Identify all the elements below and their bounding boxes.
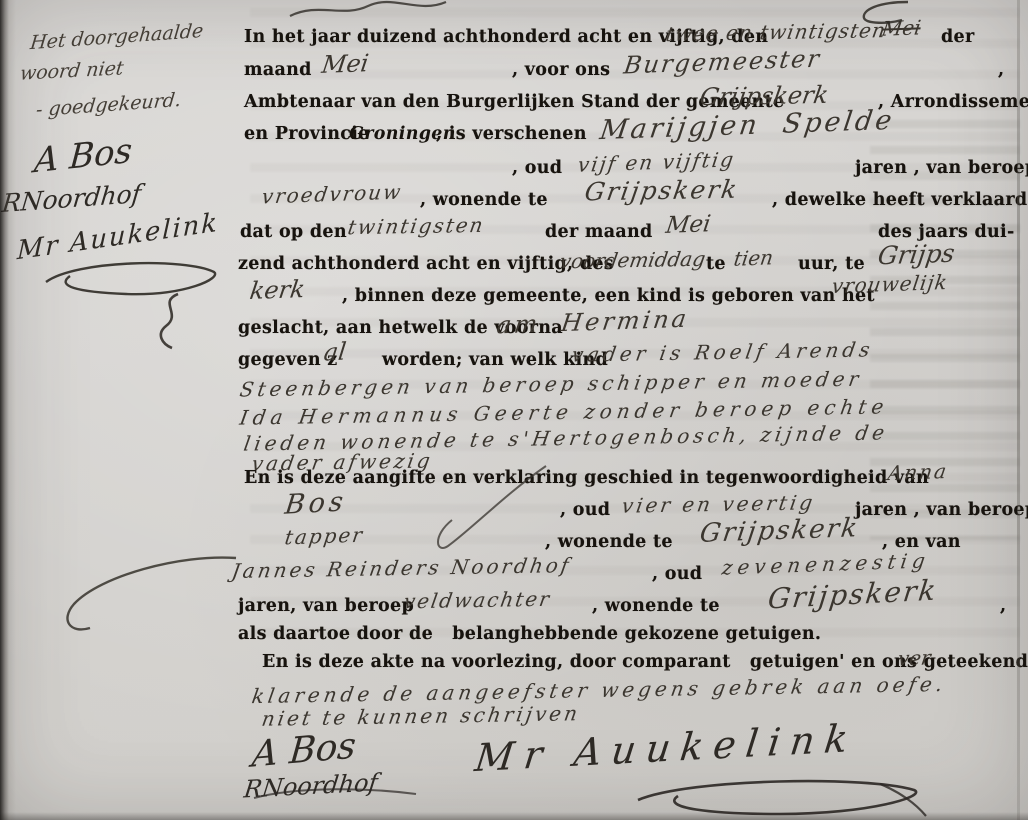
printed-form-text: , oud	[652, 564, 702, 584]
handwritten-entry: veldwachter	[402, 587, 553, 614]
printed-form-text: , wonende te	[545, 532, 673, 552]
signature: RNoordhof	[1, 179, 143, 218]
handwritten-entry: Mei	[664, 211, 712, 239]
handwritten-entry: tapper	[283, 523, 365, 550]
printed-form-text: der maand	[545, 222, 653, 242]
printed-form-text: , binnen deze gemeente, een kind is gebo…	[342, 286, 875, 306]
printed-form-text: der	[941, 27, 975, 47]
printed-form-text: , voor ons	[512, 60, 610, 80]
scan-right-fold-line	[1017, 0, 1020, 820]
handwritten-entry: vier en veertig	[620, 490, 817, 517]
printed-form-text: ,	[1000, 596, 1006, 616]
handwritten-entry: Grijpskerk	[583, 175, 741, 207]
printed-form-text: , dewelke heeft verklaard ,	[772, 190, 1028, 210]
scanned-birth-record: { "meta": { "document_type": "Geboorteak…	[0, 0, 1028, 820]
handwritten-entry: Mei	[320, 49, 370, 79]
printed-form-text: dat op den	[240, 222, 347, 242]
handwritten-entry: am Hermina	[495, 305, 691, 340]
handwritten-entry: vroedvrouw	[260, 179, 404, 208]
printed-form-text: , Arrondissement	[878, 92, 1028, 112]
handwritten-entry: voordemiddag	[558, 247, 707, 274]
printed-form-text: , is verschenen	[436, 124, 587, 144]
act-text-layer: Het doorgehaaldewoord niet- goedgekeurd.…	[0, 0, 1028, 820]
handwritten-entry: klarende de aangeefster wegens gebrek aa…	[250, 672, 948, 708]
handwritten-entry: niet te kunnen schrijven	[260, 701, 582, 731]
handwritten-entry: vader is Roelf Arends	[570, 337, 875, 366]
printed-form-text: En is deze aangifte en verklaring geschi…	[244, 468, 929, 488]
margin-note-line: Het doorgehaalde	[29, 20, 204, 54]
scan-left-edge	[0, 0, 16, 820]
handwritten-entry: kerk	[248, 275, 307, 305]
handwritten-entry: Grijps	[876, 239, 957, 271]
signature: A Bos	[250, 725, 357, 776]
printed-form-text: als daartoe door de belanghebbende gekoz…	[238, 624, 821, 644]
printed-form-text: , wonende te	[592, 596, 720, 616]
handwritten-entry-struck: Mei	[880, 15, 922, 40]
handwritten-entry: Bos	[283, 486, 349, 520]
printed-form-text: , oud	[560, 500, 610, 520]
handwritten-entry: vijf en vijftig	[576, 147, 737, 177]
printed-form-text: jaren, van beroep	[238, 596, 414, 616]
handwritten-entry: Grijpskerk	[698, 513, 861, 549]
printed-form-text: te	[706, 254, 726, 274]
signature: Mr Auukelink	[16, 208, 219, 267]
handwritten-entry: Jannes Reinders Noordhof	[230, 553, 573, 583]
printed-form-text: jaren , van beroep	[855, 158, 1028, 178]
handwritten-entry: tien	[732, 245, 775, 270]
signature: RNoordhof	[242, 768, 379, 803]
handwritten-entry: vrouwelijk	[830, 270, 949, 298]
printed-form-text: jaren , van beroep	[855, 500, 1028, 520]
handwritten-entry: Burgemeester	[622, 44, 823, 79]
printed-form-text: , wonende te	[420, 190, 548, 210]
printed-form-text: , oud	[512, 158, 562, 178]
printed-form-text: ,	[998, 60, 1004, 80]
handwritten-entry: twintigsten	[346, 213, 486, 239]
margin-note-line: woord niet	[19, 57, 125, 85]
handwritten-entry: twee en twintigsten	[664, 18, 888, 46]
printed-form-text: uur, te	[798, 254, 865, 274]
handwritten-entry: al	[322, 337, 347, 366]
handwritten-entry: Grijpskerk	[698, 81, 831, 111]
signature: A Bos	[33, 131, 134, 182]
scan-bottom-edge	[0, 812, 1028, 820]
handwritten-entry: Grijpskerk	[766, 573, 939, 615]
margin-note-line: - goedgekeurd.	[35, 89, 182, 121]
printed-form-text: maand	[244, 60, 312, 80]
handwritten-entry: Anna	[886, 459, 949, 485]
handwritten-entry: ver	[896, 645, 932, 670]
